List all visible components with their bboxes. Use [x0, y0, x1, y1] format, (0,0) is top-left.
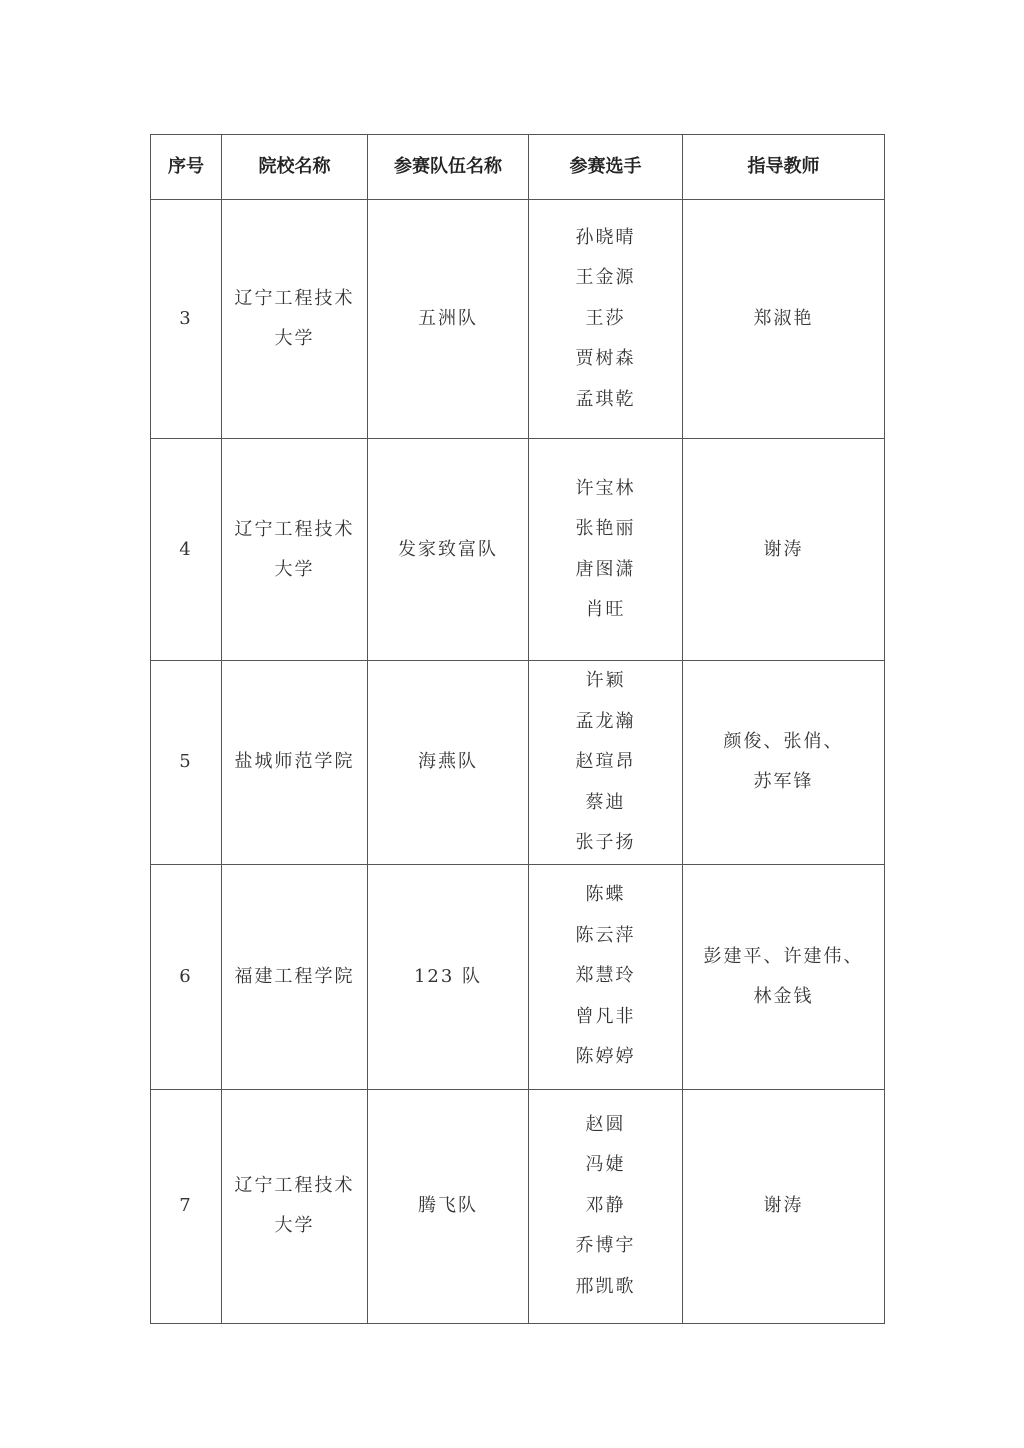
player-name: 陈蝶	[529, 875, 682, 916]
cell-index: 4	[151, 439, 222, 661]
table-row: 4 辽宁工程技术大学 发家致富队 许宝林 张艳丽 唐图潇 肖旺 谢涛	[151, 439, 885, 661]
header-players: 参赛选手	[529, 135, 683, 200]
cell-index: 5	[151, 661, 222, 865]
player-name: 陈婷婷	[529, 1037, 682, 1078]
player-name: 王莎	[529, 299, 682, 340]
cell-school: 辽宁工程技术大学	[222, 1089, 368, 1323]
table-body: 3 辽宁工程技术大学 五洲队 孙晓晴 王金源 王莎 贾树森 孟琪乾 郑淑艳 4 …	[151, 200, 885, 1324]
header-team: 参赛队伍名称	[368, 135, 529, 200]
table-row: 7 辽宁工程技术大学 腾飞队 赵圆 冯婕 邓静 乔博宇 邢凯歌 谢涛	[151, 1089, 885, 1323]
table-header-row: 序号 院校名称 参赛队伍名称 参赛选手 指导教师	[151, 135, 885, 200]
player-name: 唐图潇	[529, 550, 682, 591]
cell-advisor: 颜俊、张俏、苏军锋	[683, 661, 885, 865]
player-name: 孙晓晴	[529, 218, 682, 259]
player-name: 许颖	[529, 661, 682, 702]
player-name: 张子扬	[529, 823, 682, 864]
advisor-name: 谢涛	[764, 530, 804, 570]
school-name: 辽宁工程技术大学	[230, 510, 360, 590]
cell-team: 发家致富队	[368, 439, 529, 661]
school-name: 辽宁工程技术大学	[230, 1166, 360, 1246]
player-name: 赵圆	[529, 1105, 682, 1146]
cell-index: 6	[151, 864, 222, 1089]
advisor-name: 郑淑艳	[754, 299, 814, 339]
cell-team: 海燕队	[368, 661, 529, 865]
header-advisor: 指导教师	[683, 135, 885, 200]
cell-team: 腾飞队	[368, 1089, 529, 1323]
table-row: 5 盐城师范学院 海燕队 许颖 孟龙瀚 赵瑄昂 蔡迪 张子扬 颜俊、张俏、苏军锋	[151, 661, 885, 865]
cell-players: 陈蝶 陈云萍 郑慧玲 曾凡非 陈婷婷	[529, 864, 683, 1089]
player-name: 肖旺	[529, 590, 682, 631]
player-name: 蔡迪	[529, 783, 682, 824]
player-name: 陈云萍	[529, 916, 682, 957]
table-row: 3 辽宁工程技术大学 五洲队 孙晓晴 王金源 王莎 贾树森 孟琪乾 郑淑艳	[151, 200, 885, 439]
cell-players: 孙晓晴 王金源 王莎 贾树森 孟琪乾	[529, 200, 683, 439]
team-roster-table: 序号 院校名称 参赛队伍名称 参赛选手 指导教师 3 辽宁工程技术大学 五洲队 …	[150, 134, 885, 1324]
player-name: 郑慧玲	[529, 956, 682, 997]
cell-team: 123 队	[368, 864, 529, 1089]
cell-advisor: 郑淑艳	[683, 200, 885, 439]
player-name: 邓静	[529, 1186, 682, 1227]
player-name: 许宝林	[529, 469, 682, 510]
advisor-name: 颜俊、张俏、苏军锋	[724, 722, 844, 802]
player-name: 邢凯歌	[529, 1267, 682, 1308]
cell-school: 福建工程学院	[222, 864, 368, 1089]
cell-index: 3	[151, 200, 222, 439]
player-name: 孟龙瀚	[529, 702, 682, 743]
cell-index: 7	[151, 1089, 222, 1323]
header-index: 序号	[151, 135, 222, 200]
cell-players: 赵圆 冯婕 邓静 乔博宇 邢凯歌	[529, 1089, 683, 1323]
cell-advisor: 谢涛	[683, 1089, 885, 1323]
player-name: 贾树森	[529, 339, 682, 380]
school-name: 福建工程学院	[235, 957, 355, 997]
player-name: 赵瑄昂	[529, 742, 682, 783]
advisor-name: 彭建平、许建伟、林金钱	[699, 937, 869, 1017]
cell-advisor: 谢涛	[683, 439, 885, 661]
school-name: 盐城师范学院	[235, 742, 355, 782]
cell-players: 许颖 孟龙瀚 赵瑄昂 蔡迪 张子扬	[529, 661, 683, 865]
school-name: 辽宁工程技术大学	[230, 279, 360, 359]
cell-school: 盐城师范学院	[222, 661, 368, 865]
cell-advisor: 彭建平、许建伟、林金钱	[683, 864, 885, 1089]
table-row: 6 福建工程学院 123 队 陈蝶 陈云萍 郑慧玲 曾凡非 陈婷婷 彭建平、许建…	[151, 864, 885, 1089]
player-name: 曾凡非	[529, 997, 682, 1038]
cell-players: 许宝林 张艳丽 唐图潇 肖旺	[529, 439, 683, 661]
player-name: 孟琪乾	[529, 380, 682, 421]
cell-school: 辽宁工程技术大学	[222, 200, 368, 439]
player-name: 乔博宇	[529, 1226, 682, 1267]
advisor-name: 谢涛	[764, 1186, 804, 1226]
player-name: 冯婕	[529, 1145, 682, 1186]
cell-team: 五洲队	[368, 200, 529, 439]
cell-school: 辽宁工程技术大学	[222, 439, 368, 661]
player-name: 张艳丽	[529, 509, 682, 550]
header-school: 院校名称	[222, 135, 368, 200]
player-name: 王金源	[529, 258, 682, 299]
